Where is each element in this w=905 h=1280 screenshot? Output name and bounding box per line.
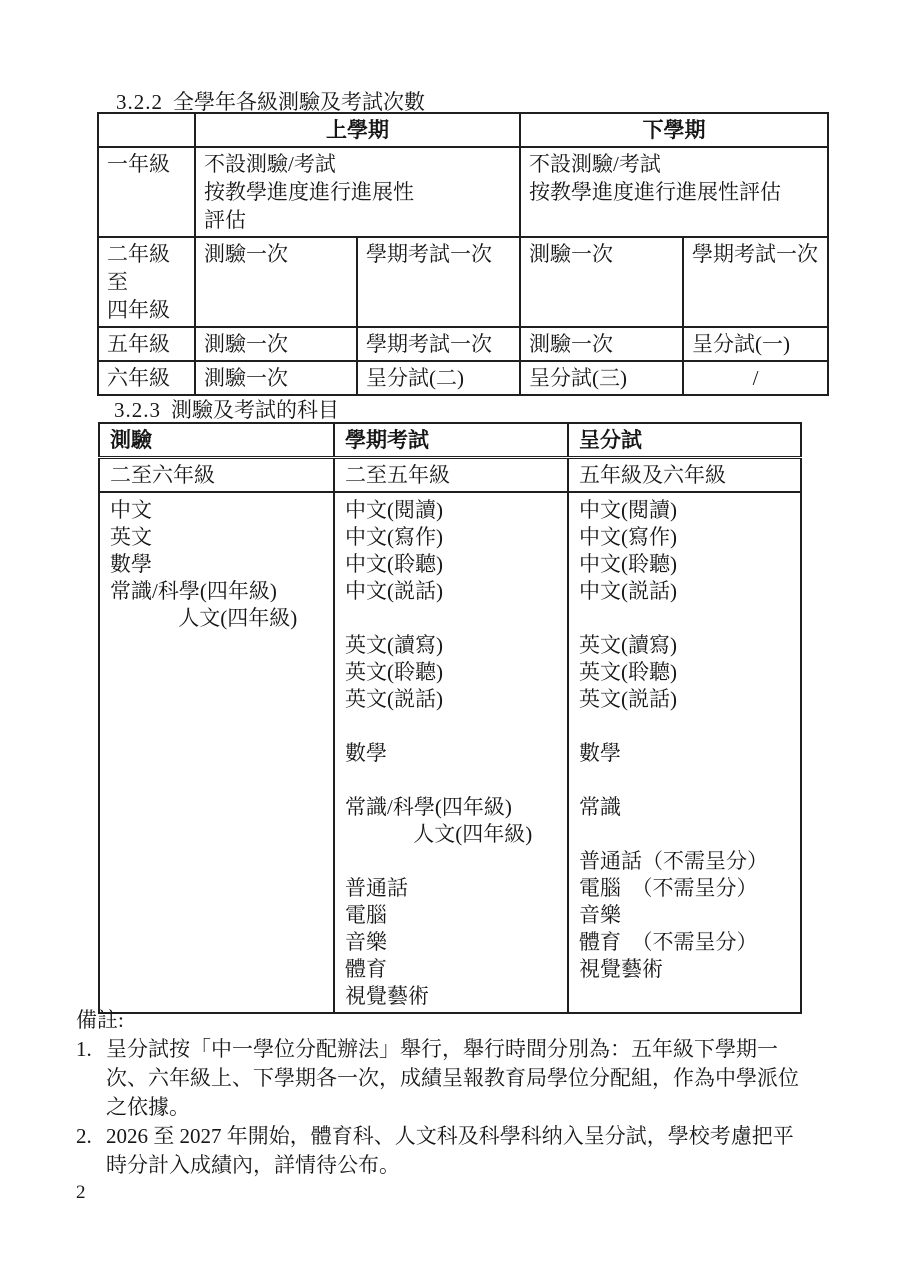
section-323-heading: 3.2.3測驗及考試的科目: [114, 394, 339, 424]
col-header-test: 測驗: [99, 423, 334, 458]
subject-line: 中文(閱讀): [579, 497, 792, 524]
table-row: 二年級至 四年級 測驗一次 學期考試一次 測驗一次 學期考試一次: [98, 237, 828, 327]
subject-line: [579, 767, 792, 794]
grades-range-cell: 二至六年級: [99, 458, 334, 493]
subject-line: 數學: [345, 740, 559, 767]
subject-line: 數學: [110, 551, 325, 578]
subject-line: [345, 848, 559, 875]
lower-term-header: 下學期: [520, 113, 828, 147]
note-number: 2.: [76, 1122, 106, 1151]
subject-line: 中文(説話): [579, 578, 792, 605]
note-item: 2. 2026 至 2027 年開始，體育科、人文科及科學科纳入呈分試，學校考慮…: [76, 1122, 816, 1180]
test-cell: 測驗一次: [520, 327, 683, 361]
grades-range-cell: 五年級及六年級: [568, 458, 801, 493]
section-322-title: 全學年各級測驗及考試次數: [173, 90, 425, 114]
table-row-subheader: 二至六年級 二至五年級 五年級及六年級: [99, 458, 801, 493]
exam-cell: 學期考試一次: [357, 237, 520, 327]
section-322-number: 3.2.2: [116, 90, 163, 114]
table-row: 六年級 測驗一次 呈分試(二) 呈分試(三) /: [98, 361, 828, 395]
subject-line: 中文(聆聽): [345, 551, 559, 578]
section-323-title: 測驗及考試的科目: [171, 398, 339, 422]
grade-cell: 六年級: [98, 361, 195, 395]
table-row-header: 測驗 學期考試 呈分試: [99, 423, 801, 458]
col-header-isa: 呈分試: [568, 423, 801, 458]
test-cell: 測驗一次: [520, 237, 683, 327]
subject-line: 英文(讀寫): [345, 632, 559, 659]
subject-line: 普通話（不需呈分）: [579, 848, 792, 875]
subjects-term-exam-column: 中文(閱讀)中文(寫作)中文(聆聽)中文(説話) 英文(讀寫)英文(聆聽)英文(…: [334, 492, 568, 1013]
subject-line: 體育: [345, 956, 559, 983]
exam-cell: 學期考試一次: [357, 327, 520, 361]
subject-line: 音樂: [579, 902, 792, 929]
exam-cell: 學期考試一次: [683, 237, 828, 327]
grades-range-cell: 二至五年級: [334, 458, 568, 493]
subject-line: 音樂: [345, 929, 559, 956]
subject-line: 視覺藝術: [579, 956, 792, 983]
test-cell: 測驗一次: [195, 361, 357, 395]
table-row: 一年級 不設測驗/考試 按教學進度進行進展性 評估 不設測驗/考試 按教學進度進…: [98, 147, 828, 237]
subject-line: 英文(聆聽): [579, 659, 792, 686]
subject-line: 電腦 （不需呈分）: [579, 875, 792, 902]
subject-line: [579, 821, 792, 848]
subject-line: 英文(説話): [345, 686, 559, 713]
subject-line: 中文(閱讀): [345, 497, 559, 524]
subject-line: 中文(寫作): [345, 524, 559, 551]
subject-line: 英文(聆聽): [345, 659, 559, 686]
note-text: 2026 至 2027 年開始，體育科、人文科及科學科纳入呈分試，學校考慮把平 …: [106, 1122, 814, 1180]
exam-subjects-table: 測驗 學期考試 呈分試 二至六年級 二至五年級 五年級及六年級 中文英文數學常識…: [98, 422, 802, 1014]
subject-line: 人文(四年級): [110, 605, 325, 632]
subjects-isa-column: 中文(閱讀)中文(寫作)中文(聆聽)中文(説話) 英文(讀寫)英文(聆聽)英文(…: [568, 492, 801, 1013]
exam-frequency-table: 上學期 下學期 一年級 不設測驗/考試 按教學進度進行進展性 評估 不設測驗/考…: [97, 112, 829, 396]
grade-cell: 五年級: [98, 327, 195, 361]
subject-line: 數學: [579, 740, 792, 767]
note-number: 1.: [76, 1035, 106, 1064]
page-number: 2: [76, 1182, 86, 1204]
subject-line: 常識: [579, 794, 792, 821]
document-page: 3.2.2全學年各級測驗及考試次數 上學期 下學期 一年級 不設測驗/考試 按教…: [0, 0, 905, 1280]
subject-line: [345, 713, 559, 740]
subjects-test-column: 中文英文數學常識/科學(四年級) 人文(四年級): [99, 492, 334, 1013]
subject-line: 體育 （不需呈分）: [579, 929, 792, 956]
grade-cell: 二年級至 四年級: [98, 237, 195, 327]
test-cell: 測驗一次: [195, 237, 357, 327]
exam-cell: 呈分試(一): [683, 327, 828, 361]
subject-line: [579, 713, 792, 740]
subject-line: 常識/科學(四年級): [345, 794, 559, 821]
grade-cell: 一年級: [98, 147, 195, 237]
section-323-number: 3.2.3: [114, 398, 161, 422]
subject-line: 常識/科學(四年級): [110, 578, 325, 605]
subject-line: 英文(讀寫): [579, 632, 792, 659]
corner-cell: [98, 113, 195, 147]
upper-term-cell: 不設測驗/考試 按教學進度進行進展性 評估: [195, 147, 520, 237]
note-item: 1. 呈分試按「中一學位分配辦法」舉行，舉行時間分別為：五年級下學期一 次、六年…: [76, 1035, 816, 1122]
lower-term-cell: 不設測驗/考試 按教學進度進行進展性評估: [520, 147, 828, 237]
upper-term-header: 上學期: [195, 113, 520, 147]
empty-slash-cell: /: [683, 361, 828, 395]
subject-line: 中文(聆聽): [579, 551, 792, 578]
subject-line: 人文(四年級): [345, 821, 559, 848]
subject-line: [579, 605, 792, 632]
subject-line: [345, 605, 559, 632]
subject-line: 英文: [110, 524, 325, 551]
exam-cell: 呈分試(二): [357, 361, 520, 395]
subject-line: 中文(説話): [345, 578, 559, 605]
test-cell: 測驗一次: [195, 327, 357, 361]
note-text: 呈分試按「中一學位分配辦法」舉行，舉行時間分別為：五年級下學期一 次、六年級上、…: [106, 1035, 814, 1122]
subject-line: 中文: [110, 497, 325, 524]
col-header-term-exam: 學期考試: [334, 423, 568, 458]
subject-line: 中文(寫作): [579, 524, 792, 551]
subject-line: 普通話: [345, 875, 559, 902]
table-row-header: 上學期 下學期: [98, 113, 828, 147]
exam-cell: 呈分試(三): [520, 361, 683, 395]
subject-line: [345, 767, 559, 794]
subject-line: 英文(説話): [579, 686, 792, 713]
table-row: 五年級 測驗一次 學期考試一次 測驗一次 呈分試(一): [98, 327, 828, 361]
notes-section: 備註: 1. 呈分試按「中一學位分配辦法」舉行，舉行時間分別為：五年級下學期一 …: [76, 1006, 816, 1180]
subject-line: 電腦: [345, 902, 559, 929]
table-row-subjects: 中文英文數學常識/科學(四年級) 人文(四年級) 中文(閱讀)中文(寫作)中文(…: [99, 492, 801, 1013]
notes-label: 備註:: [76, 1006, 816, 1035]
